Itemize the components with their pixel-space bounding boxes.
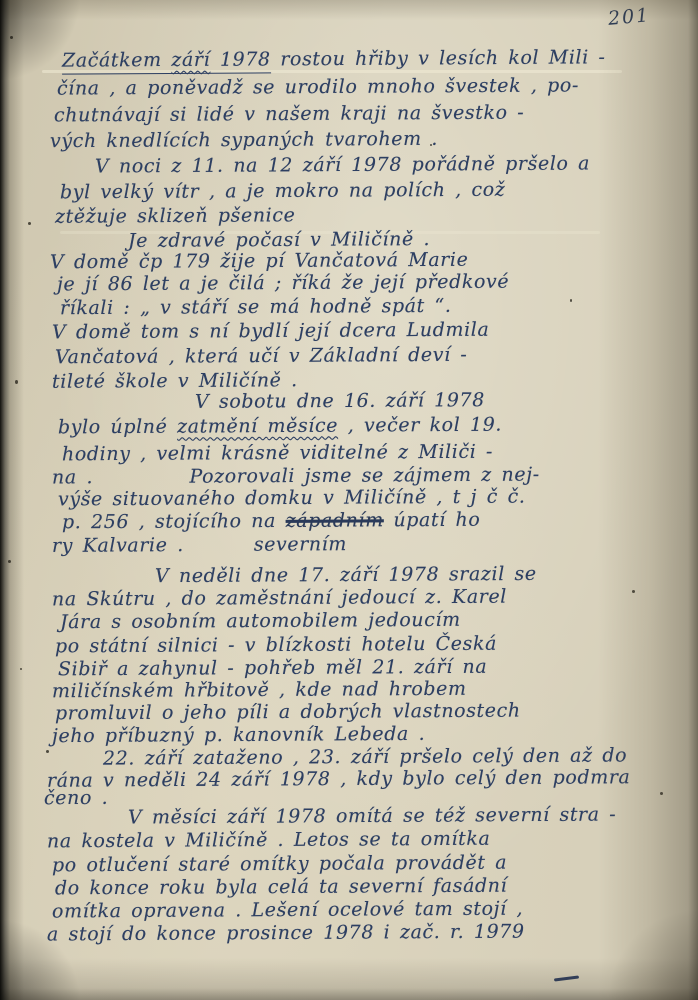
handwritten-line: V sobotu dne 16. září 1978 (195, 391, 485, 412)
struck-through-word: západním (286, 509, 384, 532)
wavy-underlined-word: září (171, 49, 210, 71)
handwritten-line: promluvil o jeho píli a dobrých vlastnos… (55, 702, 521, 724)
handwritten-line: 22. září zataženo , 23. září pršelo celý… (103, 746, 627, 768)
handwritten-line: jeho příbuzný p. kanovník Lebeda . (52, 725, 425, 746)
handwritten-line: říkali : „ v stáří se má hodně spát “. (60, 297, 452, 318)
wavy-underlined-word: měsíce (267, 415, 338, 437)
handwritten-line: výše situovaného domku v Miličíně , t j … (58, 488, 526, 510)
handwritten-line: V noci z 11. na 12 září 1978 pořádně prš… (95, 154, 590, 176)
handwritten-line: čína , a poněvadž se urodilo mnoho švest… (57, 76, 579, 98)
page-number: 201 (607, 4, 651, 30)
handwritten-line: Je zdravé počasí v Miličíně . (128, 230, 430, 251)
handwritten-line: V domě tom s ní bydlí její dcera Ludmila (52, 321, 489, 343)
handwritten-line: Jára s osobním automobilem jedoucím (60, 611, 461, 632)
chronicle-page-scan: 201 Začátkem září 1978 rostou hřiby v le… (0, 0, 698, 1000)
handwritten-line: rána v neděli 24 září 1978 , kdy bylo ce… (47, 768, 631, 791)
handwritten-line: V domě čp 179 žije pí Vančatová Marie (50, 251, 469, 273)
paper-speck (8, 560, 11, 563)
handwritten-line: po státní silnici - v blízkosti hotelu Č… (55, 635, 497, 657)
correction-word: severním (254, 533, 347, 556)
wavy-underlined-word: zatmění (177, 415, 268, 438)
handwritten-line: Vančatová , která učí v Základní deví - (55, 346, 468, 368)
handwritten-line: na . Pozorovali jsme se zájmem z nej- (52, 466, 540, 488)
paper-speck (15, 380, 18, 384)
handwritten-line: miličínském hřbitově , kde nad hrobem (52, 680, 467, 702)
paper-speck (20, 668, 22, 670)
handwritten-line: je jí 86 let a je čilá ; říká že její př… (57, 273, 509, 295)
handwritten-line: do konce roku byla celá ta severní fasád… (55, 877, 507, 899)
handwritten-line: čeno . (44, 789, 108, 808)
paper-speck (632, 590, 635, 593)
paper-speck (46, 750, 49, 753)
handwritten-line: po otlučení staré omítky počala provádět… (52, 854, 507, 876)
handwritten-line: V neděli dne 17. září 1978 srazil se (155, 565, 537, 586)
paper-speck (10, 36, 13, 39)
handwritten-line: tileté škole v Miličíně . (52, 371, 298, 392)
handwritten-line: p. 256 , stojícího na západním úpatí ho (62, 511, 480, 533)
handwritten-line: vých knedlících sypaných tvarohem . (50, 130, 438, 151)
handwritten-line: chutnávají si lidé v našem kraji na šves… (54, 104, 524, 126)
paper-speck (660, 792, 663, 795)
handwritten-line: bylo úplné zatmění měsíce , večer kol 19… (58, 416, 502, 438)
paper-speck (570, 299, 572, 302)
handwritten-line: ry Kalvarie .severním (52, 535, 347, 556)
handwritten-line: na kostela v Miličíně . Letos se ta omít… (47, 830, 490, 852)
handwritten-line: hodiny , velmi krásně viditelné z Miliči… (62, 443, 493, 465)
underlined-phrase: Začátkem září 1978 (62, 48, 271, 74)
handwritten-line: na Skútru , do zaměstnání jedoucí z. Kar… (52, 588, 507, 610)
handwritten-line: Začátkem září 1978 rostou hřiby v lesích… (62, 48, 606, 70)
handwritten-line: omítka opravena . Lešení ocelové tam sto… (52, 900, 523, 922)
handwritten-line: byl velký vítr , a je mokro na polích , … (60, 181, 505, 203)
ink-dash-mark (554, 975, 579, 981)
paper-speck (28, 222, 31, 225)
handwritten-line: V měsíci září 1978 omítá se též severní … (128, 806, 616, 828)
handwritten-line: a stojí do konce prosince 1978 i zač. r.… (47, 923, 525, 945)
handwritten-line: Sibiř a zahynul - pohřeb měl 21. září na (58, 658, 487, 680)
handwritten-line: ztěžuje sklizeň pšenice (55, 206, 296, 226)
